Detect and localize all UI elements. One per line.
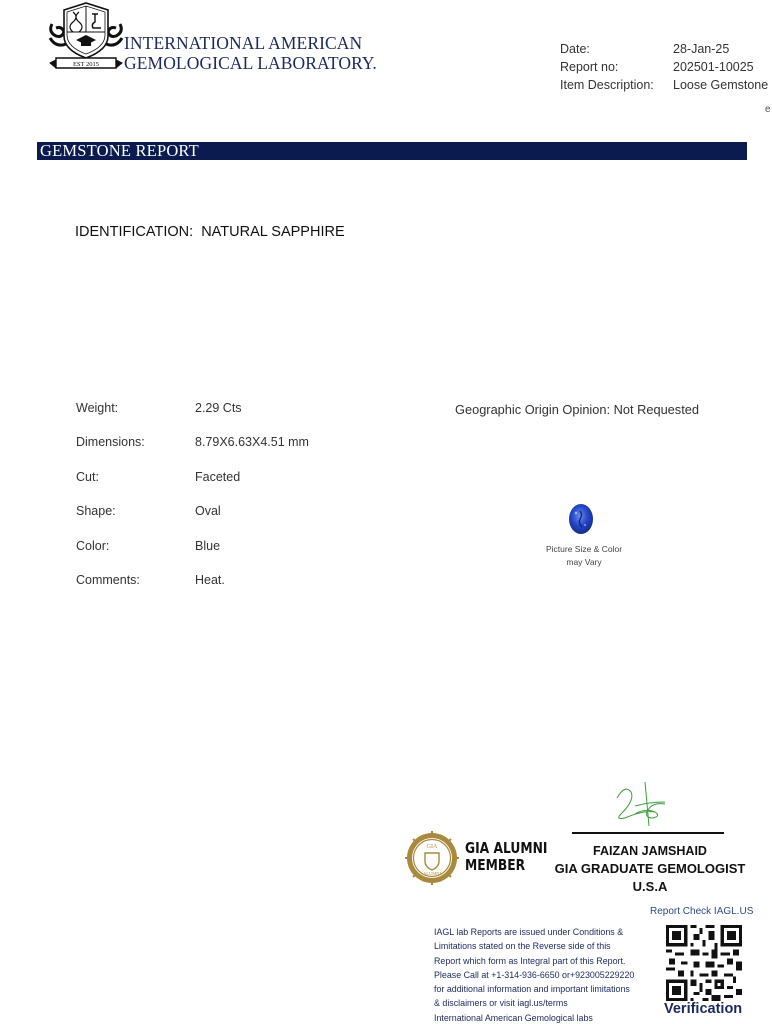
gem-image-caption: Picture Size & Color may Vary: [534, 543, 634, 568]
signature-line: [572, 832, 724, 834]
identification: IDENTIFICATION: NATURAL SAPPHIRE: [75, 224, 345, 240]
svg-text:ALUMNI: ALUMNI: [423, 871, 441, 876]
disclaimer-text: IAGL lab Reports are issued under Condit…: [434, 925, 659, 1024]
lab-name-line2: GEMOLOGICAL LABORATORY.: [124, 53, 377, 73]
detail-label: Dimensions:: [76, 435, 195, 469]
report-no-value: 202501-10025: [673, 58, 754, 76]
detail-label: Shape:: [76, 504, 195, 538]
detail-label: Comments:: [76, 573, 195, 607]
detail-label: Weight:: [76, 401, 195, 435]
gia-alumni-seal-icon: GIA ALUMNI: [405, 831, 459, 885]
signature-icon: [605, 780, 685, 830]
signer-block: FAIZAN JAMSHAID GIA GRADUATE GEMOLOGIST …: [540, 842, 760, 896]
detail-value: 8.79X6.63X4.51 mm: [195, 435, 309, 469]
detail-value: 2.29 Cts: [195, 401, 242, 435]
signer-title: GIA GRADUATE GEMOLOGIST U.S.A: [540, 860, 760, 896]
detail-row: Weight: 2.29 Cts: [76, 401, 309, 435]
detail-value: Heat.: [195, 573, 225, 607]
detail-row: Color: Blue: [76, 539, 309, 573]
detail-value: Oval: [195, 504, 221, 538]
report-no-label: Report no:: [560, 58, 673, 76]
detail-row: Cut: Faceted: [76, 470, 309, 504]
stray-glyph: e: [765, 104, 771, 115]
detail-label: Color:: [76, 539, 195, 573]
verification-label: Verification: [664, 1001, 742, 1017]
report-banner: GEMSTONE REPORT: [37, 142, 747, 160]
meta-row-date: Date: 28-Jan-25: [560, 40, 768, 58]
lab-name: INTERNATIONAL AMERICAN GEMOLOGICAL LABOR…: [124, 33, 377, 73]
signer-name: FAIZAN JAMSHAID: [540, 842, 760, 860]
date-value: 28-Jan-25: [673, 40, 729, 58]
details-table: Weight: 2.29 Cts Dimensions: 8.79X6.63X4…: [76, 401, 309, 607]
detail-value: Blue: [195, 539, 220, 573]
detail-value: Faceted: [195, 470, 240, 504]
svg-text:GIA: GIA: [427, 844, 438, 850]
detail-row: Comments: Heat.: [76, 573, 309, 607]
report-meta: Date: 28-Jan-25 Report no: 202501-10025 …: [560, 40, 768, 94]
item-description-label: Item Description:: [560, 76, 673, 94]
lab-name-line1: INTERNATIONAL AMERICAN: [124, 33, 377, 53]
detail-row: Shape: Oval: [76, 504, 309, 538]
report-check-link[interactable]: Report Check IAGL.US: [650, 906, 753, 917]
gia-alumni-member: GIA ALUMNI MEMBER: [465, 840, 547, 874]
banner-title: GEMSTONE REPORT: [40, 141, 199, 161]
date-label: Date:: [560, 40, 673, 58]
oval-sapphire-image: [568, 503, 594, 535]
meta-row-item: Item Description: Loose Gemstone: [560, 76, 768, 94]
meta-row-report-no: Report no: 202501-10025: [560, 58, 768, 76]
geographic-origin: Geographic Origin Opinion: Not Requested: [455, 402, 699, 417]
qr-code-icon[interactable]: [666, 925, 742, 1001]
svg-text:EST 2015: EST 2015: [73, 61, 99, 68]
detail-row: Dimensions: 8.79X6.63X4.51 mm: [76, 435, 309, 469]
item-description-value: Loose Gemstone: [673, 76, 768, 94]
detail-label: Cut:: [76, 470, 195, 504]
iagl-crest-logo: EST 2015: [48, 2, 124, 72]
